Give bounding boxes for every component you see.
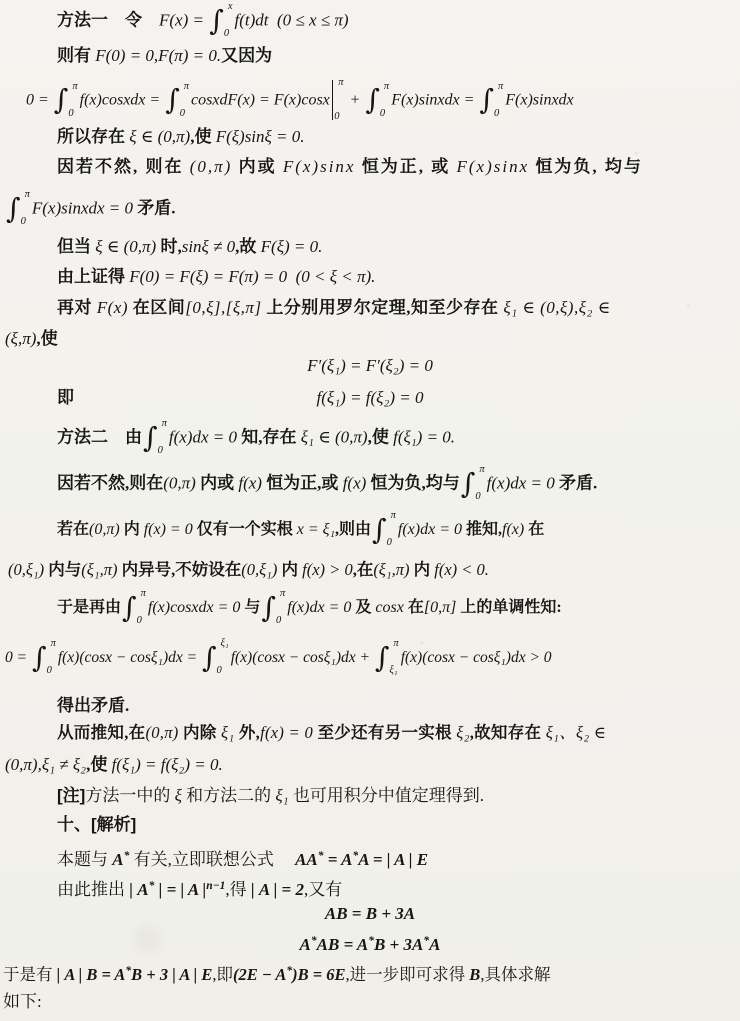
line-proved-zeros: 由上证得 F(0) = F(ξ) = F(π) = 0 (0 < ξ < π). [57,266,375,288]
math-text: F(x)sinxdx [505,92,573,109]
integral-glyph: ∫ [143,423,158,453]
cjk-text: 内与 [44,560,81,579]
integral-upper-limit: π [72,82,77,92]
eq-AstarAB: A*AB = A*B + 3A*A [0,930,740,956]
math-text: f(x)dx = 0 [169,427,241,446]
integral-sign: ∫π0 [6,190,30,227]
math-text: (0,π),ξ₁ ≠ ξ₂ [5,755,86,774]
bold-math-text: | = | A | [154,880,206,899]
integral-upper-limit: π [162,419,167,429]
integral-limits: π0 [21,190,30,227]
math-text: ξ₁、ξ₂ ∈ [546,723,607,742]
integral-glyph: ∫ [375,643,390,673]
kai-text: ,即 [212,965,233,984]
line-exists-xi: 所以存在 ξ ∈ (0,π),使 F(ξ)sinξ = 0. [57,126,305,148]
math-text: F(x)sinxdx = [391,92,478,109]
math-text: f(x)(cosx − cosξ₁)dx + [231,649,374,666]
line-infer-second-root: 从而推知,在(0,π) 内除 ξ₁ 外,f(x) = 0 至少还有另一实根 ξ₂… [57,722,606,744]
math-text: f(x)dx = 0 [287,599,351,616]
math-text: ξ₁ ∈ (0,π) [301,427,368,446]
integral-limits: π0 [387,511,396,548]
math-text: f(x)cosxdx = 0 [148,599,241,616]
math-text: f(x) [502,521,524,538]
line-infer-cont: (0,π),ξ₁ ≠ ξ₂,使 f(ξ₁) = f(ξ₂) = 0. [5,754,223,776]
integral-lower-limit: 0 [224,29,233,39]
math-text: ξ [175,786,182,805]
cjk-text: 内或 [232,157,283,176]
integral-lower-limit: 0 [158,446,167,456]
eq-fxi: f(ξ₁) = f(ξ₂) = 0 [0,387,740,409]
cjk-text: 在 [524,521,544,538]
integral-limits: π0 [158,419,167,456]
integral-sign: ∫π0 [365,82,389,119]
cjk-text: 时, [156,237,182,256]
math-text: f(x)(cosx − cosξ₁)dx > 0 [401,649,552,666]
integral-sign: ∫π0 [143,419,167,456]
line-rolle: 再对 F(x) 在区间[0,ξ],[ξ,π] 上分别用罗尔定理,知至少存在 ξ₁… [57,297,611,319]
evaluation-bar-limits: π0 [334,78,343,122]
integral-limits: π0 [180,82,189,119]
line-otherwise-Fsin: 因若不然, 则在 (0,π) 内或 F(x)sinx 恒为正, 或 F(x)si… [57,156,643,178]
cjk-text: 恒为负, 均与 [529,157,643,176]
line-solve-B: 于是有 | A | B = A*B + 3 | A | E,即(2E − A*)… [3,960,550,986]
math-text: f(x) [238,473,262,492]
math-text: F(x)sinxdx = 0 [32,198,137,217]
integral-glyph: ∫ [6,194,21,224]
cjk-text: 恒为正, 或 [355,157,456,176]
cjk-text: 内除 [179,723,221,742]
math-text: sinξ ≠ 0 [182,237,235,256]
math-text: f(x)(cosx − cosξ₁)dx = [58,649,201,666]
kai-text: 如下: [3,992,42,1011]
bold-math-text: )B = 6E [292,965,345,984]
cjk-text: ,故知存在 [470,723,546,742]
integral-limits: π0 [475,465,484,502]
line-monotonicity: 于是再由∫π0f(x)cosxdx = 0 与∫π0f(x)dx = 0 及 c… [57,590,562,627]
cjk-text: 至少还有另一实根 [313,723,456,742]
integral-lower-limit: 0 [475,492,484,502]
integral-upper-limit: π [184,82,189,92]
kai-text: 有关,立即联想公式 [129,850,295,869]
bold-math-text: B + 3A [374,935,423,954]
cjk-text: 在区间 [128,298,185,317]
integral-glyph: ∫ [122,593,137,623]
integral-upper-limit: π [25,190,30,200]
cjk-text: 则有 [57,46,95,65]
integral-upper-limit: π [498,82,503,92]
cjk-text: 仅有一个实根 [193,521,297,538]
integral-glyph: ∫ [209,6,224,36]
integral-lower-limit: 0 [276,616,285,626]
cjk-text: 在 [404,599,424,616]
line-contradiction-integral: ∫π0F(x)sinxdx = 0 矛盾. [5,191,176,228]
integral-upper-limit: π [141,589,146,599]
bold-math-text: A [112,850,123,869]
integral-sign: ∫π0 [461,465,485,502]
math-text: f(x)dx = 0 [398,521,462,538]
heading-problem-10: 十、[解析] [57,814,136,836]
line-sign-change: (0,ξ₁) 内与(ξ₁,π) 内异号,不妨设在(0,ξ₁) 内 f(x) > … [8,559,489,581]
math-text: ξ₁ ∈ (0,ξ),ξ₂ ∈ [503,298,610,317]
math-text: F(x)sinx [283,157,356,176]
evaluation-lower-limit: 0 [334,112,343,122]
integral-lower-limit: 0 [180,109,189,119]
evaluation-upper-limit: π [338,78,343,88]
cjk-text: 令 [108,10,159,29]
integral-sign: ∫π0 [261,589,285,626]
bold-math-text: A [300,935,311,954]
integral-sign: ∫π0 [54,82,78,119]
cjk-text: 内 [410,560,435,579]
integral-sign: ∫πξ₁ [375,639,399,676]
integral-glyph: ∫ [372,515,387,545]
cjk-text: 由 [108,427,142,446]
math-text: (0,ξ₁) [241,560,277,579]
line-parts-integration: 0 = ∫π0f(x)cosxdx = ∫π0cosxdF(x) = F(x)c… [26,79,574,123]
integral-lower-limit: 0 [47,666,56,676]
heading-text: 十、[解析] [57,815,136,834]
math-text: f(ξ₁) = f(ξ₂) = 0 [317,388,424,407]
integral-glyph: ∫ [479,85,494,115]
cjk-text: 因若不然,则在 [57,473,163,492]
bold-math-text: AA [295,850,318,869]
math-text: f(x)dx = 0 [487,473,559,492]
integral-limits: π0 [68,82,77,119]
integral-glyph: ∫ [461,469,476,499]
bold-math-text: A = | A | E [358,850,428,869]
cjk-text: 矛盾. [137,198,175,217]
bold-math-text: (2E − A [233,965,286,984]
heading-text: 方法一 [57,10,108,29]
heading-text: [注] [57,786,85,805]
kai-text: 和方法二的 [182,786,276,805]
integral-lower-limit: 0 [387,538,396,548]
bold-math-text: | A [129,880,148,899]
cjk-text: 但当 [57,237,95,256]
math-text: 0 = [5,649,31,666]
integral-glyph: ∫ [365,85,380,115]
integral-glyph: ∫ [261,593,276,623]
integral-lower-limit: ξ₁ [389,666,398,676]
math-text: (0,π) [89,521,120,538]
kai-text: ,具体求解 [480,965,550,984]
integral-upper-limit: π [280,589,285,599]
cjk-text: 所以存在 [57,127,129,146]
integral-sign: ∫π0 [32,639,56,676]
cjk-text: 推知, [462,521,502,538]
math-text: [0,π] [424,599,456,616]
integral-sign: ∫π0 [122,589,146,626]
kai-text: ,得 [225,880,251,899]
cjk-text: 得出矛盾. [57,696,129,715]
math-text: (ξ₁,π) [373,560,409,579]
cjk-text: 若在 [57,521,89,538]
math-text: cosxdF(x) = F(x)cosx [191,92,330,109]
line-note: [注]方法一中的 ξ 和方法二的 ξ₁ 也可用积分中值定理得到. [57,785,484,807]
integral-lower-limit: 0 [21,217,30,227]
cjk-text: 恒为正,或 [262,473,343,492]
math-text: x = ξ₁ [297,521,335,538]
cjk-text: 内 [120,521,144,538]
line-f0-fpi: 则有 F(0) = 0,F(π) = 0.又因为 [57,45,272,67]
math-text: f(x) < 0. [434,560,489,579]
integral-limits: π0 [137,589,146,626]
integral-upper-limit: x [228,2,233,12]
eq-Fprime: F′(ξ₁) = F′(ξ₂) = 0 [0,355,740,377]
math-text: f(x) = 0 [260,723,313,742]
line-method2: 方法二 由∫π0f(x)dx = 0 知,存在 ξ₁ ∈ (0,π),使 f(ξ… [57,420,455,457]
integral-glyph: ∫ [32,643,47,673]
math-text: F(x) = [159,10,208,29]
integral-upper-limit: π [393,639,398,649]
math-text: F(ξ)sinξ = 0. [216,127,305,146]
superscript-text: n−1 [206,880,225,892]
math-text: f(x) = 0 [144,521,193,538]
evaluation-bar-stroke [332,80,334,120]
evaluation-bar: π0 [332,78,344,122]
math-text: (ξ,π) [5,329,36,348]
cjk-text: 因若不然, 则在 [57,157,190,176]
math-text: ξ ∈ (0,π) [95,237,156,256]
cjk-text: 恒为负,均与 [366,473,460,492]
integral-sign: ∫π0 [372,511,396,548]
line-method1-def: 方法一 令 F(x) = ∫x0f(t)dt (0 ≤ x ≤ π) [57,3,349,40]
cjk-text: 又因为 [221,46,272,65]
math-text: f(ξ₁) = f(ξ₂) = 0. [112,755,223,774]
math-text: (0,π) [190,157,233,176]
math-text: cosx [375,599,403,616]
math-text: ξ₂ [456,723,469,742]
math-text: + [346,92,365,109]
integral-limits: x0 [224,2,233,39]
cjk-text: 及 [351,599,375,616]
kai-text: 由此推出 [57,880,129,899]
bold-math-text: = A [324,850,353,869]
kai-text: ,又有 [304,880,342,899]
cjk-text: 由上证得 [57,267,129,286]
line-sin-nonzero: 但当 ξ ∈ (0,π) 时,sinξ ≠ 0,故 F(ξ) = 0. [57,236,322,258]
math-text: F(ξ) = 0. [261,237,323,256]
bold-math-text: A [429,935,440,954]
kai-text: ,进一步即可求得 [346,965,470,984]
math-text: F(0) = F(ξ) = F(π) = 0 (0 < ξ < π). [129,267,375,286]
kai-text: 本题与 [57,850,112,869]
integral-glyph: ∫ [202,643,217,673]
cjk-text: 再对 [57,298,97,317]
math-text: F′(ξ₁) = F′(ξ₂) = 0 [307,356,433,375]
math-text: [0,ξ],[ξ,π] [185,298,261,317]
line-as-follows: 如下: [3,991,42,1013]
math-text: (0,ξ₁) [8,560,44,579]
integral-glyph: ∫ [165,85,180,115]
integral-upper-limit: π [479,465,484,475]
integral-limits: πξ₁ [389,639,398,676]
cjk-text: ,则由 [335,521,371,538]
integral-limits: π0 [47,639,56,676]
math-text: F(x)sinx [456,157,529,176]
integral-lower-limit: 0 [137,616,146,626]
integral-limits: π0 [276,589,285,626]
bold-math-text: B [469,965,480,984]
math-text: f(x) [343,473,367,492]
eq-split-integral: 0 = ∫π0f(x)(cosx − cosξ₁)dx = ∫ξ₁0f(x)(c… [5,640,552,677]
bold-math-text: AB = B + 3A [325,904,415,923]
cjk-text: ,故 [235,237,261,256]
cjk-text: 上分别用罗尔定理,知至少存在 [262,298,504,317]
heading-text: 方法二 [57,427,108,446]
integral-lower-limit: 0 [68,109,77,119]
kai-text: 方法一中的 [85,786,174,805]
cjk-text: 矛盾. [559,473,597,492]
math-text: ξ₁ [275,786,288,805]
line-otherwise-f: 因若不然,则在(0,π) 内或 f(x) 恒为正,或 f(x) 恒为负,均与∫π… [57,466,597,503]
math-text: (0,π) [163,473,196,492]
math-text: f(x) > 0 [302,560,353,579]
integral-limits: ξ₁0 [217,639,229,676]
integral-sign: ∫π0 [165,82,189,119]
math-text: (ξ₁,π) [81,560,117,579]
cjk-text: 知,存在 [241,427,301,446]
cjk-text: 从而推知,在 [57,723,145,742]
line-rolle-cont: (ξ,π),使 [5,328,58,350]
math-text: (0,π) [145,723,178,742]
integral-limits: π0 [380,82,389,119]
math-text: 0 = [26,92,53,109]
cjk-text: ,使 [86,755,112,774]
bold-math-text: B + 3 | A | E [131,965,212,984]
math-text: f(ξ₁) = 0. [393,427,455,446]
integral-upper-limit: π [391,511,396,521]
bold-math-text: | A | B = A [57,965,126,984]
math-text: F(0) = 0,F(π) = 0. [95,46,221,65]
math-text: ξ ∈ (0,π) [129,127,190,146]
cjk-text: ,使 [190,127,216,146]
integral-sign: ∫π0 [479,82,503,119]
line-det-derivation: 由此推出 | A* | = | A |n−1,得 | A | = 2,又有 [57,875,342,901]
cjk-text: 内 [277,560,302,579]
cjk-text: 于是再由 [57,599,121,616]
math-text: f(x)cosxdx = [80,92,165,109]
cjk-text: 内异号,不妨设在 [117,560,241,579]
integral-sign: ∫ξ₁0 [202,639,229,676]
kai-text: 也可用积分中值定理得到. [289,786,485,805]
cjk-text: ,使 [368,427,394,446]
integral-lower-limit: 0 [494,109,503,119]
integral-glyph: ∫ [54,85,69,115]
cjk-text: ,使 [36,329,57,348]
cjk-text: 上的单调性知: [456,599,561,616]
math-text: ξ₁ [221,723,234,742]
cjk-text: 与 [240,599,260,616]
integral-upper-limit: π [384,82,389,92]
integral-upper-limit: ξ₁ [221,639,229,649]
integral-lower-limit: 0 [217,666,229,676]
bold-math-text: | A | = 2 [251,880,304,899]
cjk-text: ,在 [353,560,374,579]
math-text: F(x) [97,298,128,317]
integral-upper-limit: π [51,639,56,649]
integral-limits: π0 [494,82,503,119]
bold-math-text: AB = A [317,935,369,954]
scanned-math-solution-page: 方法一 令 F(x) = ∫x0f(t)dt (0 ≤ x ≤ π)则有 F(0… [0,0,740,1021]
eq-AB: AB = B + 3A [0,903,740,925]
cjk-text: 外, [234,723,260,742]
kai-text: 于是有 [3,965,57,984]
integral-lower-limit: 0 [380,109,389,119]
integral-sign: ∫x0 [209,2,232,39]
line-single-root: 若在(0,π) 内 f(x) = 0 仅有一个实根 x = ξ₁,则由∫π0f(… [57,512,544,549]
cjk-text: 内或 [196,473,239,492]
math-text: f(t)dt (0 ≤ x ≤ π) [235,10,349,29]
line-adjugate-formula: 本题与 A* 有关,立即联想公式 AA* = A*A = | A | E [57,845,428,871]
line-get-contradiction: 得出矛盾. [57,695,129,717]
